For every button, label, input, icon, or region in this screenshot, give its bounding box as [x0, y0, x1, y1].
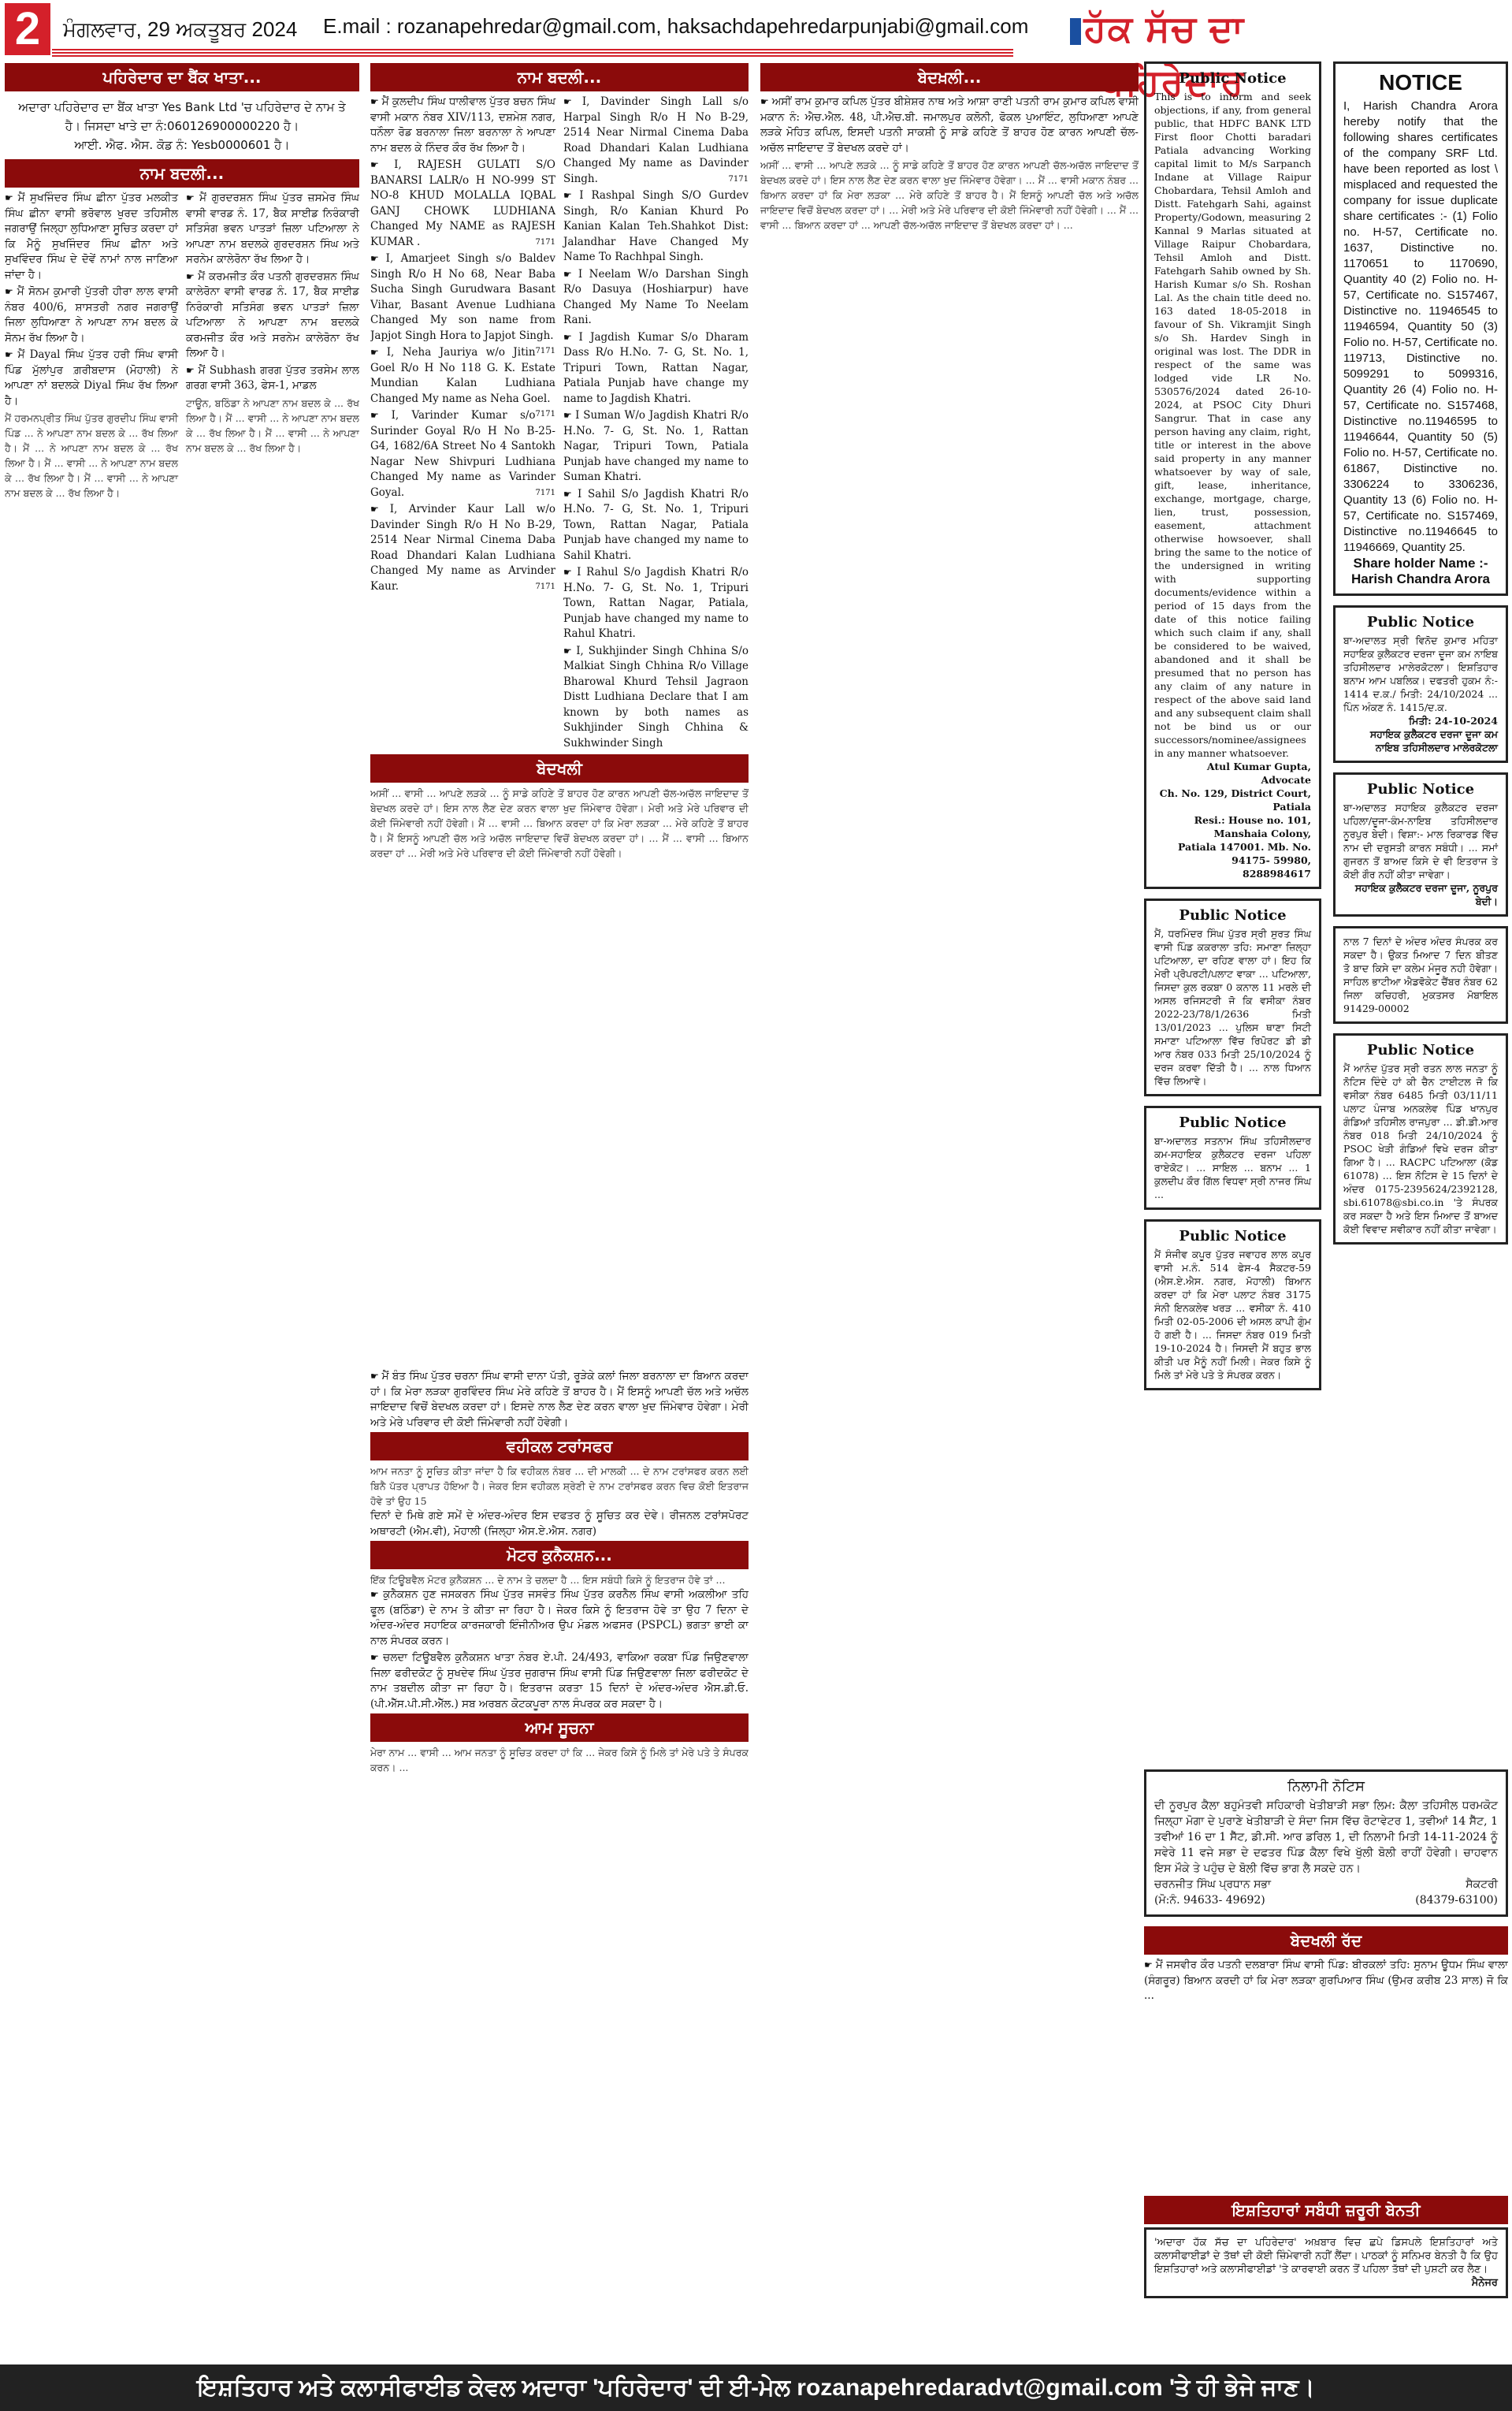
- filler-text: ਟਾਊਨ, ਬਠਿੰਡਾ ਨੇ ਆਪਣਾ ਨਾਮ ਬਦਲ ਕੇ ... ਰੱਖ …: [186, 396, 359, 456]
- public-notice-raikot: Public Notice ਬਾ-ਅਦਾਲਤ ਸਤਨਾਮ ਸਿੰਘ ਤਹਿਸੀਲ…: [1144, 1106, 1321, 1210]
- public-notice-hdfc: Public Notice This is to inform and seek…: [1144, 61, 1321, 889]
- filler-text: ਮੇਰਾ ਨਾਮ ... ਵਾਸੀ ... ਆਮ ਜਨਤਾ ਨੂੰ ਸੂਚਿਤ …: [370, 1745, 749, 1775]
- column-bottom-right: ਨਿਲਾਮੀ ਨੋਟਿਸ ਦੀ ਨੂਰਪੁਰ ਕੈਲਾ ਬਹੁਮੰਤਵੀ ਸਹਿ…: [1144, 1769, 1508, 2361]
- header-stripes: [52, 49, 1013, 58]
- list-item: ਮੈਂ Subhash ਗਰਗ ਪੁੱਤਰ ਤਰਸੇਮ ਲਾਲ ਗਰਗ ਵਾਸੀ…: [186, 363, 359, 394]
- notice-srf-shares: NOTICE I, Harish Chandra Arora hereby no…: [1333, 61, 1508, 596]
- section-title-disinherit-2: ਬੇਦਖ਼ਲੀ...: [760, 63, 1139, 91]
- list-item: I Neelam W/o Darshan Singh R/o Dasuya (H…: [563, 267, 749, 329]
- list-item: ਮੈਂ ਜਸਵੀਰ ਕੌਰ ਪਤਨੀ ਦਲਬਾਰਾ ਸਿੰਘ ਵਾਸੀ ਪਿੰਡ…: [1144, 1958, 1508, 2194]
- contact-email[interactable]: E.mail : rozanapehredar@gmail.com, haksa…: [323, 14, 1028, 39]
- list-item: ਮੈਂ ਬੰਤ ਸਿੰਘ ਪੁੱਤਰ ਚਰਨਾ ਸਿੰਘ ਵਾਸੀ ਦਾਨਾ ਪ…: [370, 1369, 749, 1431]
- list-item: I, RAJESH GULATI S/O BANARSI LALR/o H NO…: [370, 158, 555, 250]
- section-title-vehicle-transfer: ਵਹੀਕਲ ਟਰਾਂਸਫਰ: [370, 1432, 749, 1460]
- public-notice-nurpur: Public Notice ਬਾ-ਅਦਾਲਤ ਸਹਾਇਕ ਕੁਲੈਕਟਰ ਦਰਜ…: [1333, 772, 1508, 917]
- bank-account-line: ਅਦਾਰਾ ਪਹਿਰੇਦਾਰ ਦਾ ਬੈਂਕ ਖਾਤਾ Yes Bank Ltd…: [9, 98, 355, 136]
- list-item: I, Davinder Singh Lall s/o Harpal Singh …: [563, 95, 749, 187]
- section-title-disinherit: ਬੇਦਖਲੀ: [370, 754, 749, 783]
- list-item: I, Arvinder Kaur Lall w/o Davinder Singh…: [370, 502, 555, 594]
- vehicle-transfer-text: ਦਿਨਾਂ ਦੇ ਮਿਥੇ ਗਏ ਸਮੇਂ ਦੇ ਅੰਦਰ-ਅੰਦਰ ਇਸ ਦਫ…: [370, 1509, 749, 1539]
- list-item: ਕੁਨੈਕਸ਼ਨ ਹੁਣ ਜਸਕਰਨ ਸਿੰਘ ਪੁੱਤਰ ਜਸਵੰਤ ਸਿੰਘ…: [370, 1587, 749, 1649]
- public-notice-sanjeev: Public Notice ਮੈਂ ਸੰਜੀਵ ਕਪੂਰ ਪੁੱਤਰ ਜਵਾਹਰ…: [1144, 1219, 1321, 1390]
- ad-disclaimer-box: 'ਅਦਾਰਾ ਹੱਕ ਸੱਚ ਦਾ ਪਹਿਰੇਦਾਰ' ਅਖ਼ਬਾਰ ਵਿਚ ਛ…: [1144, 2227, 1508, 2298]
- flag-icon: [1070, 18, 1081, 45]
- section-title-motor-connection: ਮੋਟਰ ਕੁਨੈਕਸ਼ਨ...: [370, 1541, 749, 1569]
- list-item: ਮੈਂ ਕਰਮਜੀਤ ਕੌਰ ਪਤਨੀ ਗੁਰਦਰਸ਼ਨ ਸਿੰਘ ਕਾਲੇਰੋ…: [186, 270, 359, 362]
- list-item: I, Neha Jauriya w/o Jitin Goel R/o H No …: [370, 345, 555, 407]
- public-notice-anand: Public Notice ਮੈਂ ਆਨੰਦ ਪੁੱਤਰ ਸ੍ਰੀ ਰਤਨ ਲਾ…: [1333, 1033, 1508, 1245]
- issue-date: ਮੰਗਲਵਾਰ, 29 ਅਕਤੂਬਰ 2024: [63, 17, 297, 43]
- section-title-disinherit-cancel: ਬੇਦਖਲੀ ਰੱਦ: [1144, 1926, 1508, 1955]
- bank-ifsc-line: ਆਈ. ਐਫ. ਐਸ. ਕੋਡ ਨੰ: Yesb0000601 ਹੈ।: [9, 136, 355, 154]
- bank-details: ਅਦਾਰਾ ਪਹਿਰੇਦਾਰ ਦਾ ਬੈਂਕ ਖਾਤਾ Yes Bank Ltd…: [5, 95, 359, 158]
- page-number: 2: [5, 3, 50, 55]
- column-notices-b: NOTICE I, Harish Chandra Arora hereby no…: [1333, 61, 1508, 1748]
- name-change-list-2: ਮੈਂ ਕੁਲਦੀਪ ਸਿੰਘ ਧਾਲੀਵਾਲ ਪੁੱਤਰ ਬਚਨ ਸਿੰਘ ਵ…: [370, 95, 749, 753]
- section-title-bank: ਪਹਿਰੇਦਾਰ ਦਾ ਬੈਂਕ ਖਾਤਾ...: [5, 63, 359, 91]
- filler-text: ਮੈਂ ਹਰਮਨਪ੍ਰੀਤ ਸਿੰਘ ਪੁੱਤਰ ਗੁਰਦੀਪ ਸਿੰਘ ਵਾਸ…: [5, 411, 178, 500]
- section-title-ad-disclaimer: ਇਸ਼ਤਿਹਾਰਾਂ ਸਬੰਧੀ ਜ਼ਰੂਰੀ ਬੇਨਤੀ: [1144, 2196, 1508, 2224]
- name-change-list: ਮੈਂ ਸੁਖਜਿੰਦਰ ਸਿੰਘ ਛੀਨਾ ਪੁੱਤਰ ਮਲਕੀਤ ਸਿੰਘ …: [5, 191, 359, 500]
- public-notice-dharminder: Public Notice ਮੈਂ, ਧਰਮਿੰਦਰ ਸਿੰਘ ਪੁੱਤਰ ਸ੍…: [1144, 899, 1321, 1096]
- list-item: ਚਲਦਾ ਟਿਊਬਵੈਲ ਕੁਨੈਕਸ਼ਨ ਖਾਤਾ ਨੰਬਰ ਏ.ਪੀ. 24…: [370, 1650, 749, 1712]
- filler-text: ਇੱਕ ਟਿਊਬਵੈਲ ਮੋਟਰ ਕੁਨੈਕਸ਼ਨ ... ਦੇ ਨਾਮ ਤੇ …: [370, 1572, 749, 1587]
- section-title-name-change-2: ਨਾਮ ਬਦਲੀ...: [370, 63, 749, 91]
- list-item: I Rahul S/o Jagdish Khatri R/o H.No. 7- …: [563, 565, 749, 642]
- page-header: 2 ਮੰਗਲਵਾਰ, 29 ਅਕਤੂਬਰ 2024 E.mail : rozan…: [0, 0, 1512, 59]
- list-item: ਅਸੀਂ ਰਾਮ ਕੁਮਾਰ ਕਪਿਲ ਪੁੱਤਰ ਬੀਸ਼ੇਸ਼ਰ ਨਾਥ ਅ…: [760, 95, 1139, 156]
- list-item: ਮੈਂ ਸੁਖਜਿੰਦਰ ਸਿੰਘ ਛੀਨਾ ਪੁੱਤਰ ਮਲਕੀਤ ਸਿੰਘ …: [5, 191, 178, 283]
- list-item: I Suman W/o Jagdish Khatri R/o H.No. 7- …: [563, 408, 749, 486]
- list-item: ਮੈਂ ਕੁਲਦੀਪ ਸਿੰਘ ਧਾਲੀਵਾਲ ਪੁੱਤਰ ਬਚਨ ਸਿੰਘ ਵ…: [370, 95, 555, 156]
- list-item: I, Amarjeet Singh s/o Baldev Singh R/o H…: [370, 251, 555, 344]
- column-disinherit: ਬੇਦਖ਼ਲੀ... ਅਸੀਂ ਰਾਮ ਕੁਮਾਰ ਕਪਿਲ ਪੁੱਤਰ ਬੀਸ…: [760, 61, 1139, 2359]
- section-title-general-notice: ਆਮ ਸੂਚਨਾ: [370, 1713, 749, 1742]
- public-notice-sahil: ਨਾਲ 7 ਦਿਨਾਂ ਦੇ ਅੰਦਰ ਅੰਦਰ ਸੰਪਰਕ ਕਰ ਸਕਦਾ ਹ…: [1333, 926, 1508, 1024]
- column-left: ਪਹਿਰੇਦਾਰ ਦਾ ਬੈਂਕ ਖਾਤਾ... ਅਦਾਰਾ ਪਹਿਰੇਦਾਰ …: [5, 61, 359, 2359]
- list-item: I Jagdish Kumar S/o Dharam Dass R/o H.No…: [563, 330, 749, 407]
- filler-text: ਅਸੀਂ ... ਵਾਸੀ ... ਆਪਣੇ ਲੜਕੇ ... ਨੂੰ ਸਾਡੇ…: [760, 158, 1139, 233]
- list-item: ਮੈਂ ਗੁਰਦਰਸ਼ਨ ਸਿੰਘ ਪੁੱਤਰ ਜ਼ਸਮੇਰ ਸਿੰਘ ਵਾਸੀ…: [186, 191, 359, 268]
- filler-text: ਆਮ ਜਨਤਾ ਨੂੰ ਸੂਚਿਤ ਕੀਤਾ ਜਾਂਦਾ ਹੈ ਕਿ ਵਹੀਕਲ…: [370, 1464, 749, 1509]
- list-item: I Rashpal Singh S/O Gurdev Singh, R/o Ka…: [563, 188, 749, 266]
- list-item: ਮੈਂ ਸੋਨਮ ਕੁਮਾਰੀ ਪੁੱਤਰੀ ਹੀਰਾ ਲਾਲ ਵਾਸੀ ਨੰਬ…: [5, 285, 178, 346]
- footer-banner: ਇਸ਼ਤਿਹਾਰ ਅਤੇ ਕਲਾਸੀਫਾਈਡ ਕੇਵਲ ਅਦਾਰਾ 'ਪਹਿਰੇ…: [0, 2364, 1512, 2411]
- masthead-logo: ਹੱਕ ਸੱਚ ਦਾ ਪਹਿਰੇਦਾਰ: [1009, 2, 1245, 55]
- column-middle: ਨਾਮ ਬਦਲੀ... ਮੈਂ ਕੁਲਦੀਪ ਸਿੰਘ ਧਾਲੀਵਾਲ ਪੁੱਤ…: [370, 61, 749, 2359]
- list-item: I, Sukhjinder Singh Chhina S/o Malkiat S…: [563, 644, 749, 752]
- public-notice-malerkotla: Public Notice ਬਾ-ਅਦਾਲਤ ਸ੍ਰੀ ਵਿਨੋਦ ਕੁਮਾਰ …: [1333, 605, 1508, 763]
- list-item: ਮੈਂ Dayal ਸਿੰਘ ਪੁੱਤਰ ਹਰੀ ਸਿੰਘ ਵਾਸੀ ਪਿੰਡ …: [5, 348, 178, 409]
- auction-notice: ਨਿਲਾਮੀ ਨੋਟਿਸ ਦੀ ਨੂਰਪੁਰ ਕੈਲਾ ਬਹੁਮੰਤਵੀ ਸਹਿ…: [1144, 1769, 1508, 1917]
- section-title-name-change: ਨਾਮ ਬਦਲੀ...: [5, 159, 359, 188]
- list-item: I Sahil S/o Jagdish Khatri R/o H.No. 7- …: [563, 487, 749, 564]
- filler-text: ਅਸੀਂ ... ਵਾਸੀ ... ਆਪਣੇ ਲੜਕੇ ... ਨੂੰ ਸਾਡੇ…: [370, 786, 749, 1369]
- list-item: I, Varinder Kumar s/o Surinder Goyal R/o…: [370, 408, 555, 500]
- column-notices-a: Public Notice This is to inform and seek…: [1144, 61, 1321, 1748]
